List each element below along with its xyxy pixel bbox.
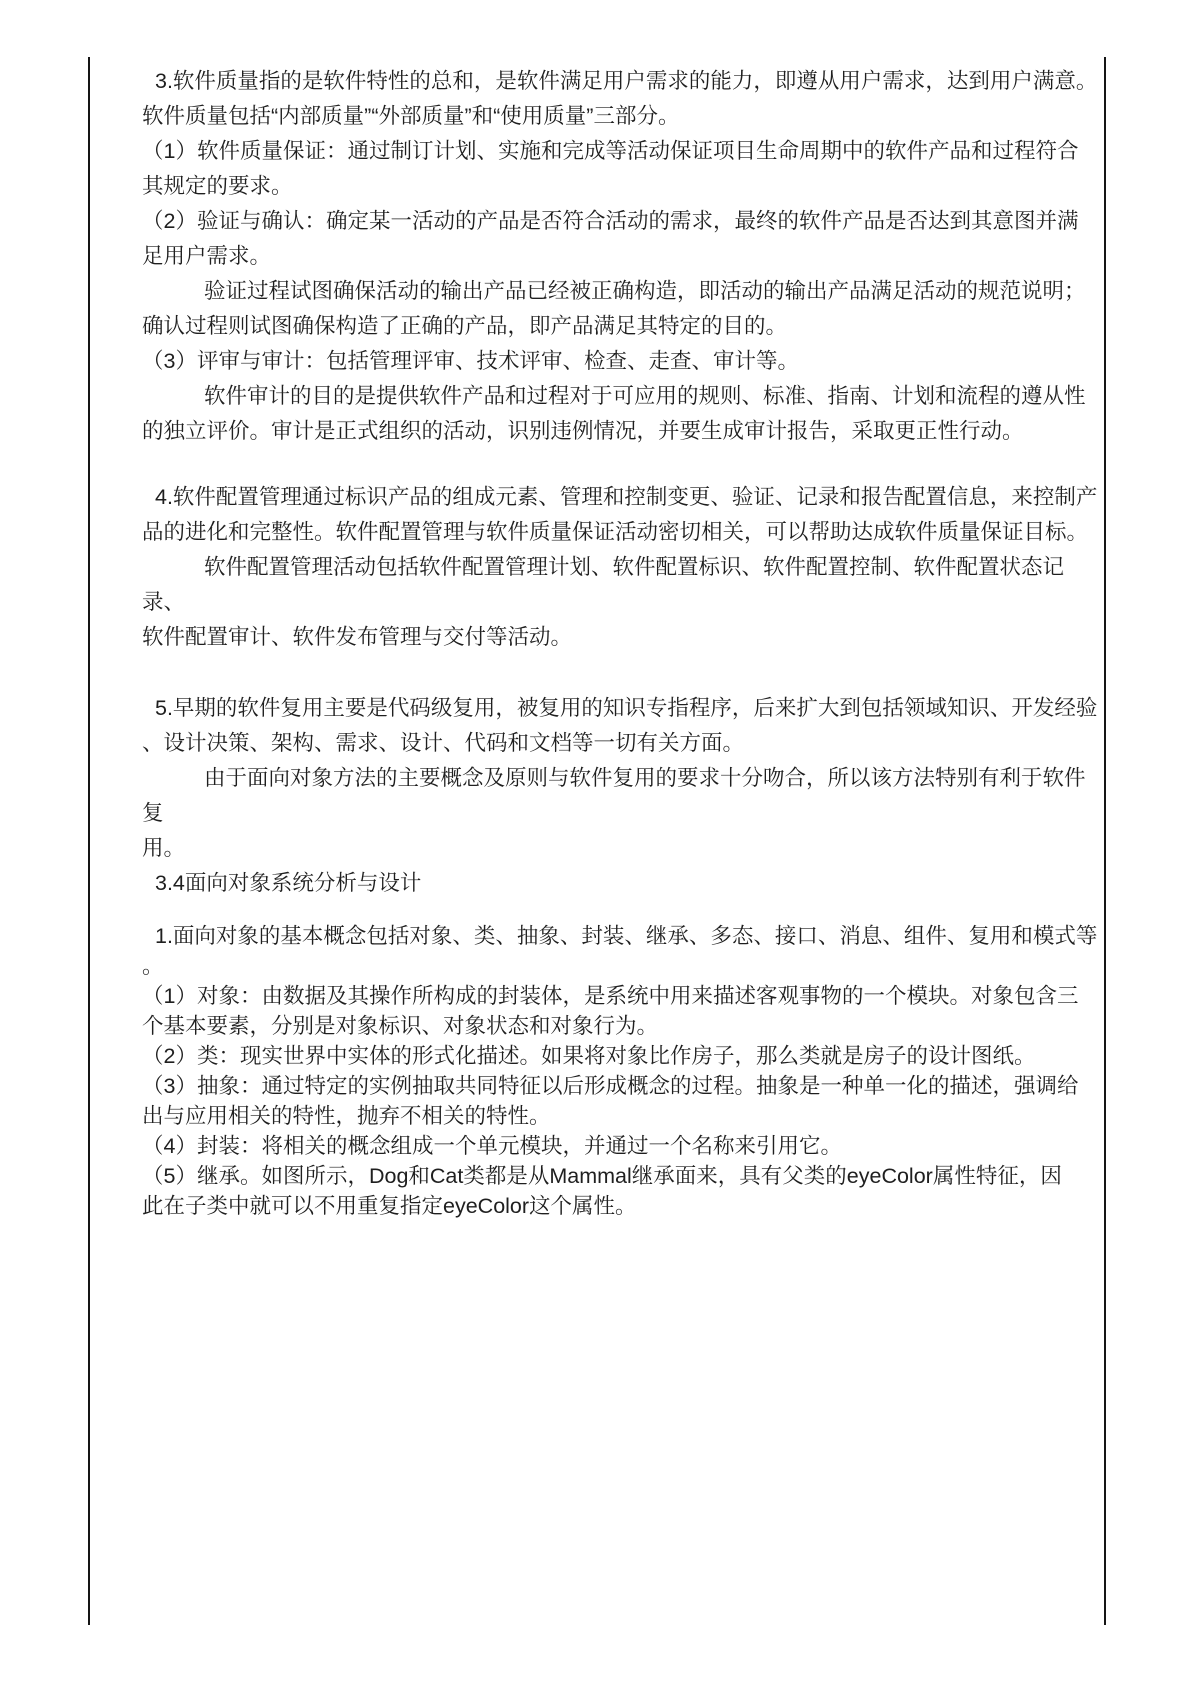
- section-heading-oo-analysis-design: 3.4面向对象系统分析与设计: [142, 866, 1098, 901]
- para-abstraction-definition: （3）抽象：通过特定的实例抽取共同特征以后形成概念的过程。抽象是一种单一化的描述…: [142, 1071, 1098, 1131]
- para-oo-reuse-fit: 由于面向对象方法的主要概念及原则与软件复用的要求十分吻合，所以该方法特别有利于软…: [142, 761, 1098, 866]
- page-border-right: [1104, 57, 1106, 1625]
- para-inheritance-definition: （5）继承。如图所示，Dog和Cat类都是从Mammal继承面来，具有父类的ey…: [142, 1161, 1098, 1221]
- para-object-definition: （1）对象：由数据及其操作所构成的封装体，是系统中用来描述客观事物的一个模块。对…: [142, 981, 1098, 1041]
- para-software-reuse: 5.早期的软件复用主要是代码级复用，被复用的知识专指程序，后来扩大到包括领域知识…: [142, 691, 1098, 761]
- para-configuration-management: 4.软件配置管理通过标识产品的组成元素、管理和控制变更、验证、记录和报告配置信息…: [142, 480, 1098, 550]
- text-column: 3.软件质量指的是软件特性的总和，是软件满足用户需求的能力，即遵从用户需求，达到…: [142, 64, 1098, 1221]
- oo-concepts-block: 1.面向对象的基本概念包括对象、类、抽象、封装、继承、多态、接口、消息、组件、复…: [142, 921, 1098, 1221]
- page-border-left: [88, 57, 90, 1625]
- para-verification-validation: （2）验证与确认：确定某一活动的产品是否符合活动的需求，最终的软件产品是否达到其…: [142, 204, 1098, 274]
- para-oo-concepts: 1.面向对象的基本概念包括对象、类、抽象、封装、继承、多态、接口、消息、组件、复…: [142, 921, 1098, 981]
- para-quality-assurance: （1）软件质量保证：通过制订计划、实施和完成等活动保证项目生命周期中的软件产品和…: [142, 134, 1098, 204]
- para-configuration-activities: 软件配置管理活动包括软件配置管理计划、软件配置标识、软件配置控制、软件配置状态记…: [142, 550, 1098, 655]
- para-review-audit: （3）评审与审计：包括管理评审、技术评审、检查、走查、审计等。: [142, 344, 1098, 379]
- para-verification-process: 验证过程试图确保活动的输出产品已经被正确构造，即活动的输出产品满足活动的规范说明…: [142, 274, 1098, 344]
- para-class-definition: （2）类：现实世界中实体的形式化描述。如果将对象比作房子，那么类就是房子的设计图…: [142, 1041, 1098, 1071]
- para-audit-purpose: 软件审计的目的是提供软件产品和过程对于可应用的规则、标准、指南、计划和流程的遵从…: [142, 379, 1098, 449]
- para-software-quality: 3.软件质量指的是软件特性的总和，是软件满足用户需求的能力，即遵从用户需求，达到…: [142, 64, 1098, 134]
- para-encapsulation-definition: （4）封装：将相关的概念组成一个单元模块，并通过一个名称来引用它。: [142, 1131, 1098, 1161]
- document-page: 3.软件质量指的是软件特性的总和，是软件满足用户需求的能力，即遵从用户需求，达到…: [0, 0, 1192, 1686]
